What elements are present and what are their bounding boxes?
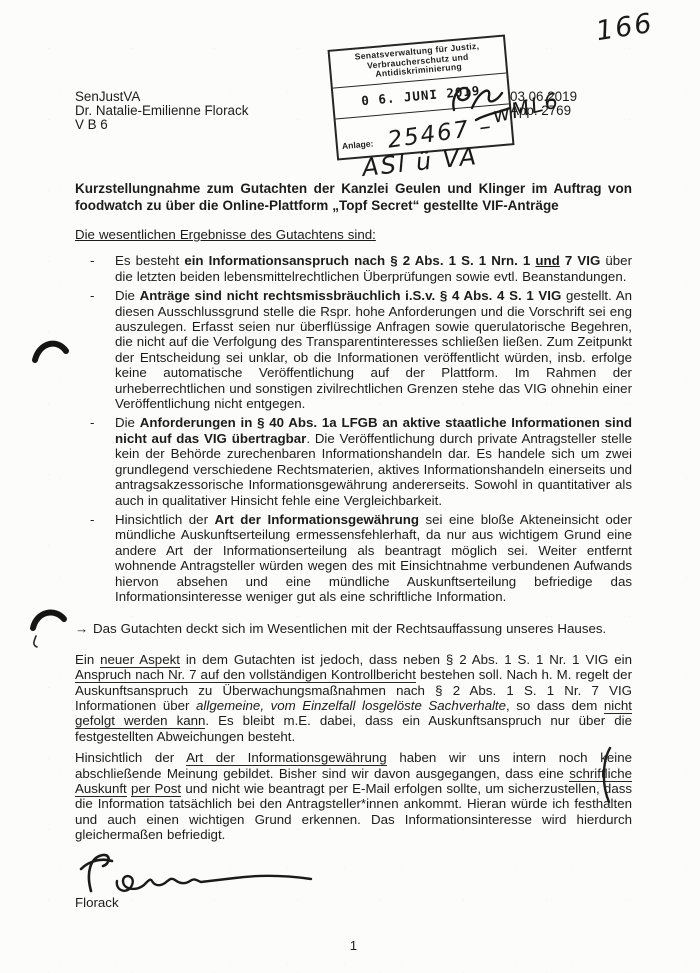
findings-list: - Es besteht ein Informationsanspruch na…: [75, 253, 632, 604]
finding-text: Es besteht ein Informationsanspruch nach…: [115, 253, 632, 284]
handwritten-folio-number: 166: [594, 8, 656, 48]
margin-arc-mark: [26, 606, 70, 650]
list-item: - Es besteht ein Informationsanspruch na…: [75, 253, 632, 284]
bullet-dash: -: [75, 253, 115, 284]
sender-block: SenJustVA Dr. Natalie-Emilienne Florack …: [75, 90, 248, 133]
bullet-dash: -: [75, 415, 115, 507]
conclusion-line: → Das Gutachten deckt sich im Wesentlich…: [75, 621, 632, 636]
bullet-dash: -: [75, 512, 115, 604]
printed-signature-name: Florack: [75, 895, 632, 910]
assessment-paragraph: Hinsichtlich der Art der Informationsgew…: [75, 750, 632, 842]
finding-text: Hinsichtlich der Art der Informationsgew…: [115, 512, 632, 604]
sender-name: Dr. Natalie-Emilienne Florack: [75, 104, 248, 118]
list-item: - Die Anforderungen in § 40 Abs. 1a LFGB…: [75, 415, 632, 507]
stamp-anlage-label: Anlage:: [341, 138, 373, 151]
finding-text: Die Anträge sind nicht rechtsmissbräuchl…: [115, 288, 632, 411]
sender-unit: V B 6: [75, 118, 248, 132]
results-subheading: Die wesentlichen Ergebnisse des Gutachte…: [75, 227, 632, 242]
margin-arc-mark: [30, 336, 72, 366]
list-item: - Die Anträge sind nicht rechtsmissbräuc…: [75, 288, 632, 411]
handwritten-signature: [75, 849, 325, 897]
bullet-dash: -: [75, 288, 115, 411]
signature-block: [75, 849, 632, 897]
page-number: 1: [75, 938, 632, 953]
memo-body: Kurzstellungnahme zum Gutachten der Kanz…: [75, 180, 632, 953]
sender-department: SenJustVA: [75, 90, 248, 104]
finding-text: Die Anforderungen in § 40 Abs. 1a LFGB a…: [115, 415, 632, 507]
list-item: - Hinsichtlich der Art der Informationsg…: [75, 512, 632, 604]
assessment-paragraph: Ein neuer Aspekt in dem Gutachten ist je…: [75, 652, 632, 744]
arrow-icon: →: [75, 621, 93, 636]
conclusion-text: Das Gutachten deckt sich im Wesentlichen…: [93, 621, 606, 636]
scanned-memo-page: { "ink_color": "#1c1c1c", "page": { "cor…: [0, 0, 700, 973]
memo-title: Kurzstellungnahme zum Gutachten der Kanz…: [75, 180, 632, 214]
